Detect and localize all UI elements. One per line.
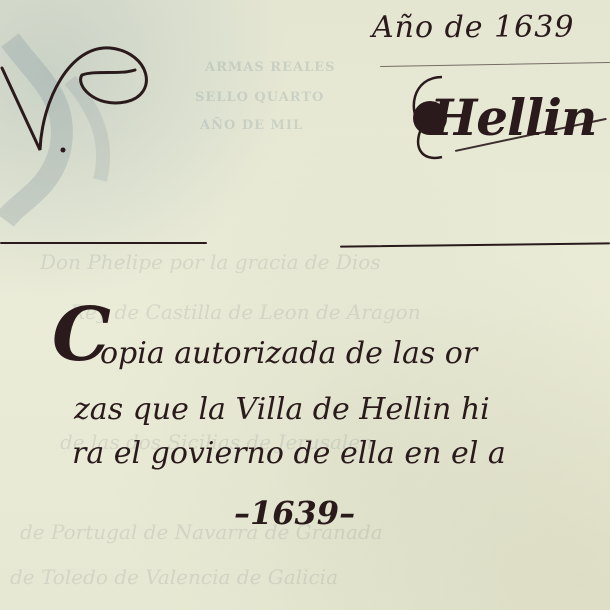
number-sign-icon [0,40,170,160]
divider-left [0,242,207,244]
year-header: Año de 1639 [372,10,574,45]
body-line-1: opia autorizada de las or [100,336,477,371]
bleed-line: ARMAS REALES [205,60,336,75]
year-footer: –1639– [234,494,355,532]
body-line-2: zas que la Villa de Hellin hi [74,392,490,427]
bleed-script-line: Rey de Castilla de Leon de Aragon [70,300,421,324]
body-line-3: ra el govierno de ella en el a [72,436,506,471]
bleed-script-line: Don Phelipe por la gracia de Dios [40,250,381,274]
bleed-line: SELLO QUARTO [195,90,324,105]
bleed-line: AÑO DE MIL [200,118,303,133]
bleed-script-line: de Toledo de Valencia de Galicia [10,565,338,589]
